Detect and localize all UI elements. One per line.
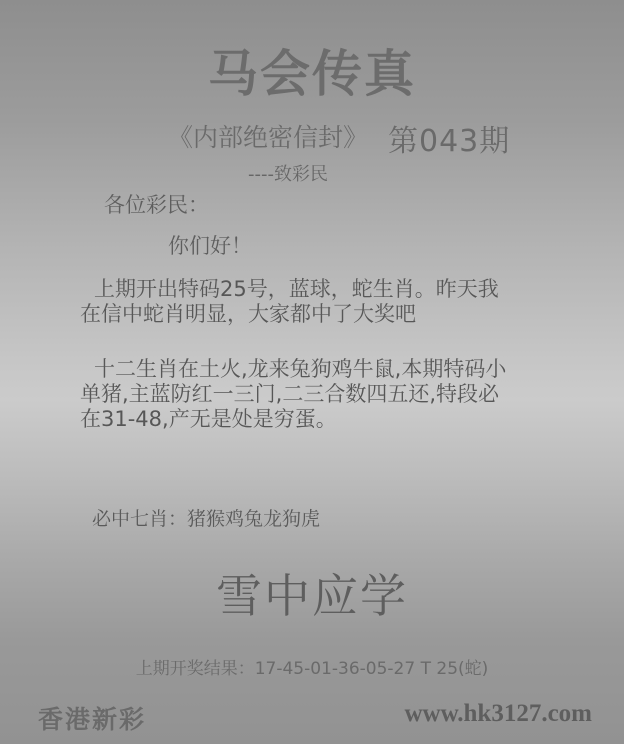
subtitle: 《内部绝密信封》: [168, 118, 368, 154]
greeting: 你们好！: [168, 230, 252, 260]
paragraph-prediction: 十二生肖在土火,龙来兔狗鸡牛鼠,本期特码小 单猪,主蓝防红一三门,二三合数四五还…: [80, 357, 560, 432]
last-draw-result: 上期开奖结果：17-45-01-36-05-27 T 25(蛇): [0, 654, 624, 679]
paragraph-line: 在31-48,产无是处是穷蛋。: [80, 407, 560, 432]
issue-number: 第043期: [388, 116, 510, 160]
brand-name: 香港新彩: [38, 700, 146, 736]
paragraph-line: 上期开出特码25号，蓝球，蛇生肖。昨天我: [80, 277, 560, 302]
website-url: www.hk3127.com: [404, 700, 592, 728]
fax-page: 马会传真 《内部绝密信封》 第043期 ----致彩民 各位彩民： 你们好！ 上…: [0, 0, 624, 744]
page-title: 马会传真: [0, 34, 624, 106]
addressee-line: ----致彩民: [248, 160, 328, 186]
paragraph-last-result: 上期开出特码25号，蓝球，蛇生肖。昨天我 在信中蛇肖明显，大家都中了大奖吧: [80, 277, 560, 327]
paragraph-line: 十二生肖在土火,龙来兔狗鸡牛鼠,本期特码小: [80, 357, 560, 382]
must-win-seven-zodiacs: 必中七肖：猪猴鸡兔龙狗虎: [92, 504, 320, 531]
paragraph-line: 在信中蛇肖明显，大家都中了大奖吧: [80, 302, 560, 327]
paragraph-line: 单猪,主蓝防红一三门,二三合数四五还,特段必: [80, 382, 560, 407]
slogan: 雪中应学: [0, 560, 624, 626]
salutation: 各位彩民：: [104, 189, 209, 219]
